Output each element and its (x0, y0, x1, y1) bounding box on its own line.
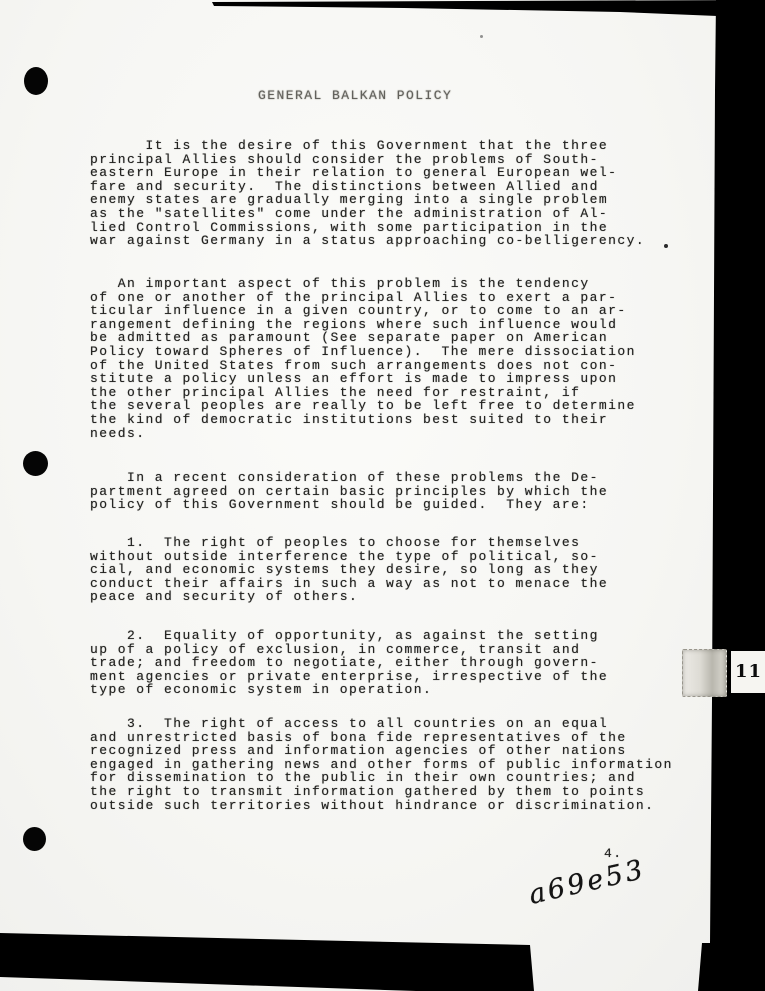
text-line: ment agencies or private enterprise, irr… (90, 670, 710, 684)
paragraph: It is the desire of this Government that… (90, 139, 710, 248)
scanned-page: 11 GENERAL BALKAN POLICY It is the desir… (0, 0, 765, 991)
text-line: war against Germany in a status approach… (90, 234, 710, 248)
text-line: It is the desire of this Government that… (90, 139, 710, 153)
text-line: the other principal Allies the need for … (90, 386, 710, 400)
numbered-item: 1. The right of peoples to choose for th… (90, 536, 710, 604)
scan-speck (664, 244, 668, 248)
handwritten-note: a69e53 (528, 863, 647, 903)
text-line: principal Allies should consider the pro… (90, 153, 710, 167)
text-line: 2. Equality of opportunity, as against t… (90, 629, 710, 643)
text-line: the several peoples are really to be lef… (90, 399, 710, 413)
text-line: Policy toward Spheres of Influence). The… (90, 345, 710, 359)
document-title: GENERAL BALKAN POLICY (258, 89, 452, 103)
tab-notch: 11 (731, 651, 765, 693)
text-line: peace and security of others. (90, 590, 710, 604)
text-line: up of a policy of exclusion, in commerce… (90, 643, 710, 657)
text-line: trade; and freedom to negotiate, either … (90, 656, 710, 670)
numbered-item: 2. Equality of opportunity, as against t… (90, 629, 710, 697)
text-line: 1. The right of peoples to choose for th… (90, 536, 710, 550)
text-line: enemy states are gradually merging into … (90, 193, 710, 207)
text-line: and unrestricted basis of bona fide repr… (90, 731, 710, 745)
text-line: the right to transmit information gather… (90, 785, 710, 799)
text-line: of the United States from such arrangeme… (90, 359, 710, 373)
text-line: conduct their affairs in such a way as n… (90, 577, 710, 591)
text-line: be admitted as paramount (See separate p… (90, 331, 710, 345)
text-line: without outside interference the type of… (90, 550, 710, 564)
scan-speck (480, 35, 483, 38)
text-line: recognized press and information agencie… (90, 744, 710, 758)
text-line: An important aspect of this problem is t… (90, 277, 710, 291)
text-line: of one or another of the principal Allie… (90, 291, 710, 305)
text-line: fare and security. The distinctions betw… (90, 180, 710, 194)
text-line: lied Control Commissions, with some part… (90, 221, 710, 235)
tab-number-label: 11 (731, 663, 762, 681)
text-line: outside such territories without hindran… (90, 799, 710, 813)
text-line: In a recent consideration of these probl… (90, 471, 710, 485)
text-line: the kind of democratic institutions best… (90, 413, 710, 427)
text-line: partment agreed on certain basic princip… (90, 485, 710, 499)
text-line: needs. (90, 427, 710, 441)
text-line: rangement defining the regions where suc… (90, 318, 710, 332)
text-line: cial, and economic systems they desire, … (90, 563, 710, 577)
text-line: stitute a policy unless an effort is mad… (90, 372, 710, 386)
text-line: policy of this Government should be guid… (90, 498, 710, 512)
text-line: 3. The right of access to all countries … (90, 717, 710, 731)
document-body: GENERAL BALKAN POLICY It is the desire o… (0, 0, 765, 991)
text-line: for dissemination to the public in their… (90, 771, 710, 785)
text-line: ticular influence in a given country, or… (90, 304, 710, 318)
paragraph: In a recent consideration of these probl… (90, 471, 710, 512)
text-line: eastern Europe in their relation to gene… (90, 166, 710, 180)
text-line: engaged in gathering news and other form… (90, 758, 710, 772)
numbered-item: 3. The right of access to all countries … (90, 717, 710, 812)
text-line: as the "satellites" come under the admin… (90, 207, 710, 221)
paragraph: An important aspect of this problem is t… (90, 277, 710, 440)
text-line: type of economic system in operation. (90, 683, 710, 697)
